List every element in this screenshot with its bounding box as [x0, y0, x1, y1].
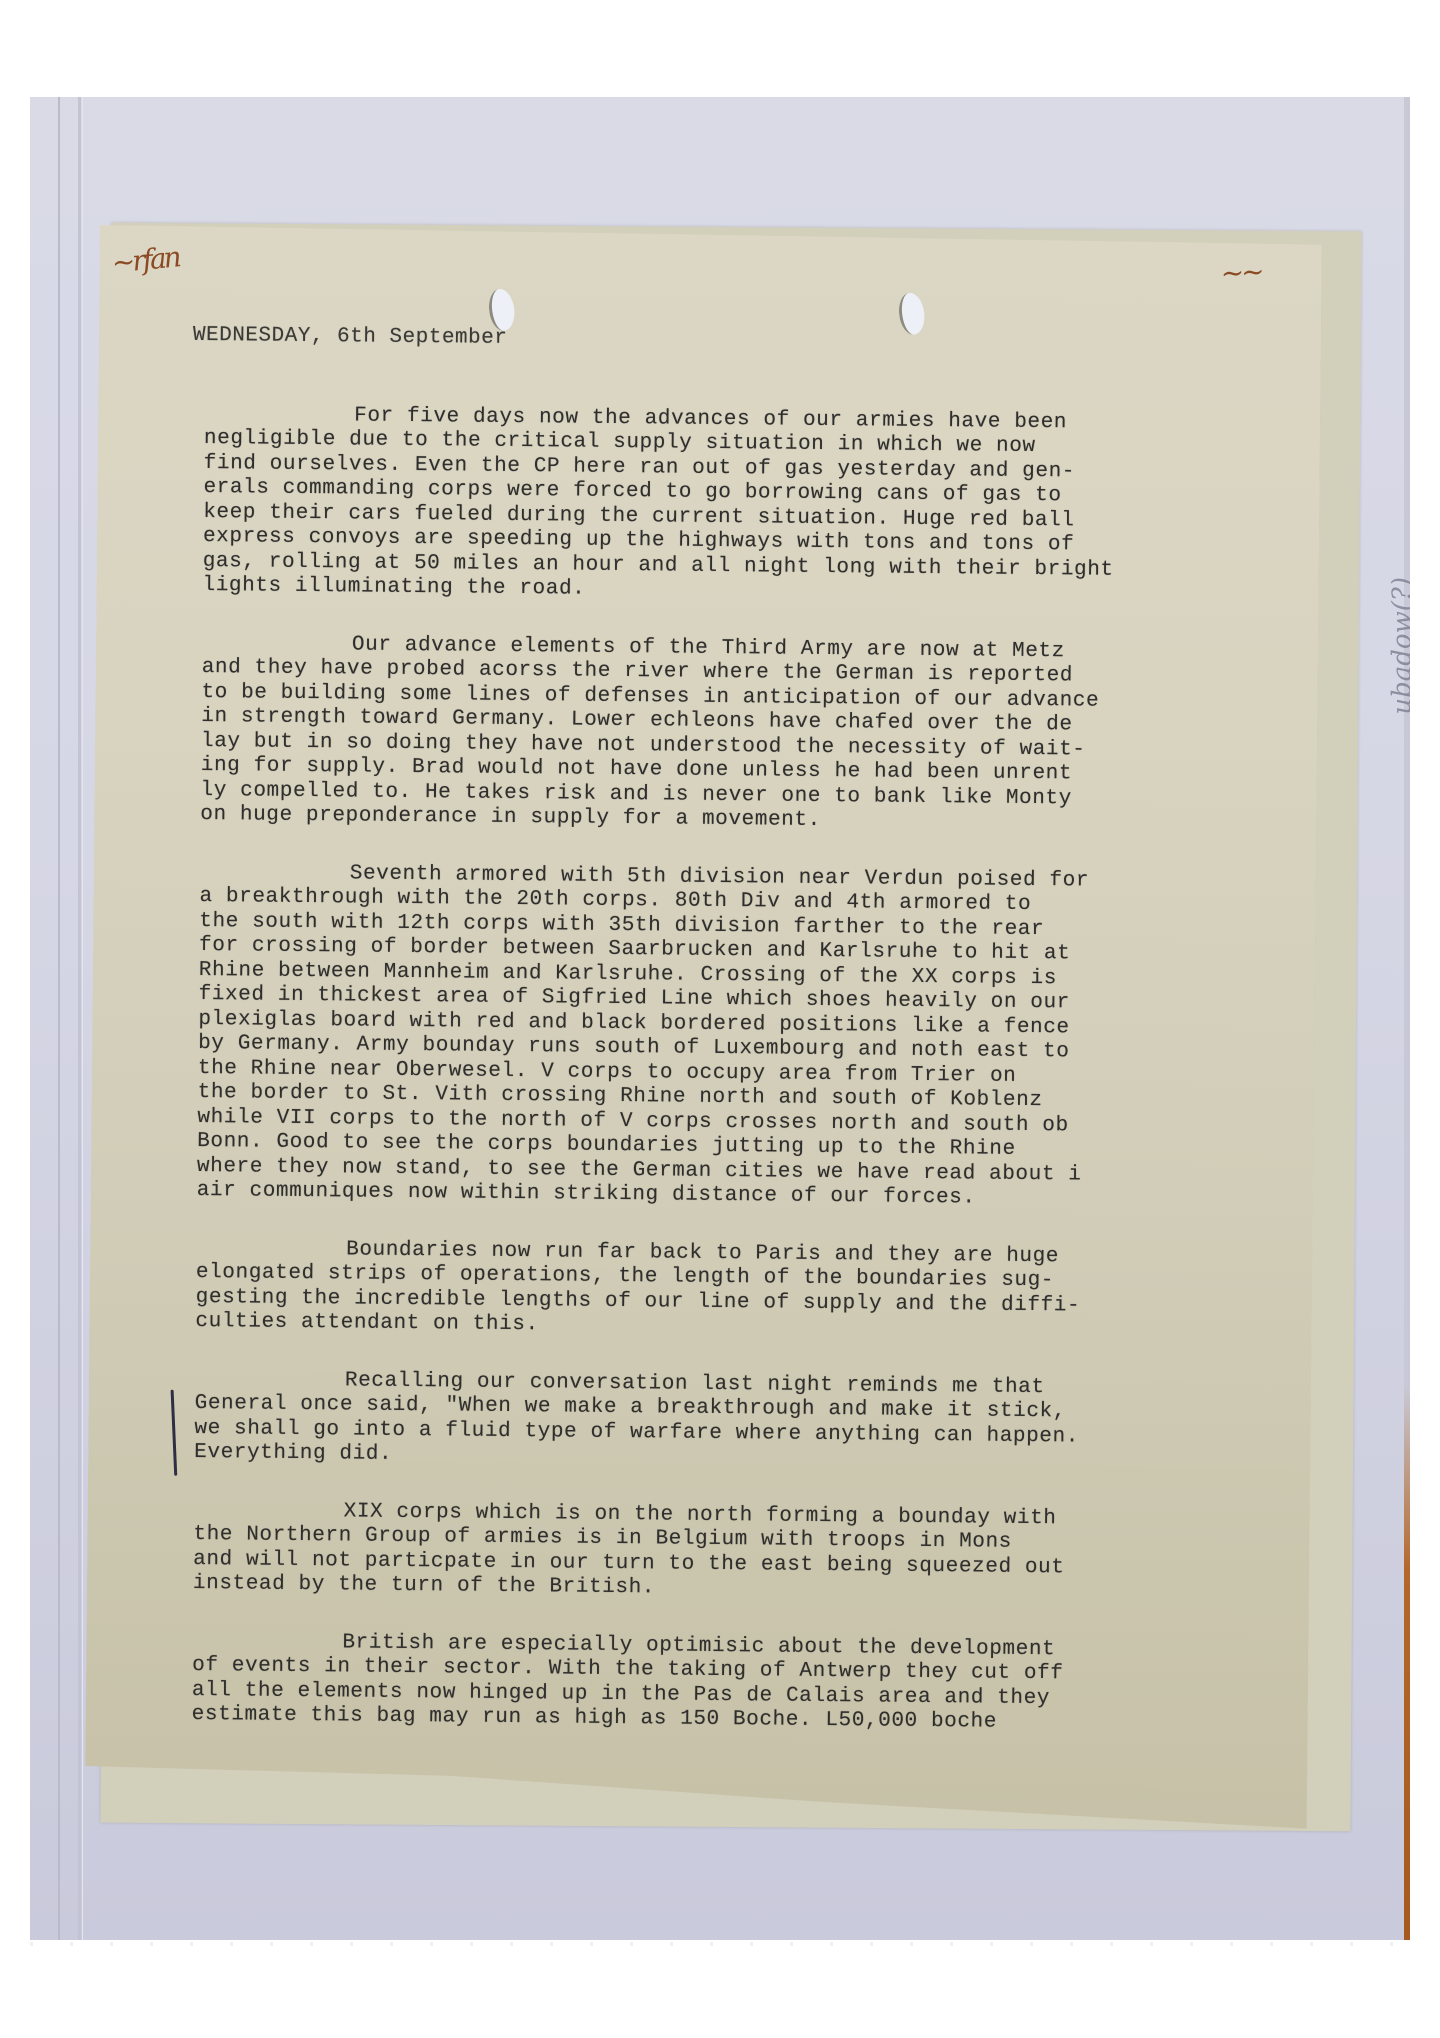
binder-edge [82, 97, 83, 1940]
ink-annotation-top-left: ~rfan [110, 240, 180, 279]
margin-bracket-mark [171, 1389, 178, 1475]
paragraph: Our advance elements of the Third Army a… [200, 631, 1252, 837]
paragraph-list: For five days now the advances of our ar… [192, 403, 1255, 1738]
paragraph: For five days now the advances of our ar… [202, 403, 1254, 609]
punch-hole [897, 291, 927, 336]
page-body: WEDNESDAY, 6th September For five days n… [191, 324, 1255, 1771]
folder-edge [1404, 97, 1410, 1940]
paragraph: Boundaries now run far back to Paris and… [195, 1236, 1246, 1344]
pencil-margin-note: ubadow(?) [1388, 577, 1410, 715]
ink-annotation-top-right: ~~ [1220, 255, 1263, 290]
paragraph: British are especially optimisic about t… [192, 1629, 1243, 1737]
paragraph: XIX corps which is on the north forming … [193, 1498, 1244, 1606]
binder-edge [58, 97, 60, 1940]
diary-date-heading: WEDNESDAY, 6th September [193, 324, 1255, 359]
paragraph: Seventh armored with 5th division near V… [197, 860, 1250, 1213]
punch-hole [487, 287, 517, 332]
scan-artifact [30, 1942, 1410, 1946]
document-photo: ubadow(?) ~rfan ~~ WEDNESDAY, 6th Septem… [30, 97, 1410, 1940]
typewritten-page: ~rfan ~~ WEDNESDAY, 6th September For fi… [85, 225, 1322, 1829]
binder-edge [78, 97, 81, 1940]
paragraph: Recalling our conversation last night re… [194, 1367, 1245, 1475]
